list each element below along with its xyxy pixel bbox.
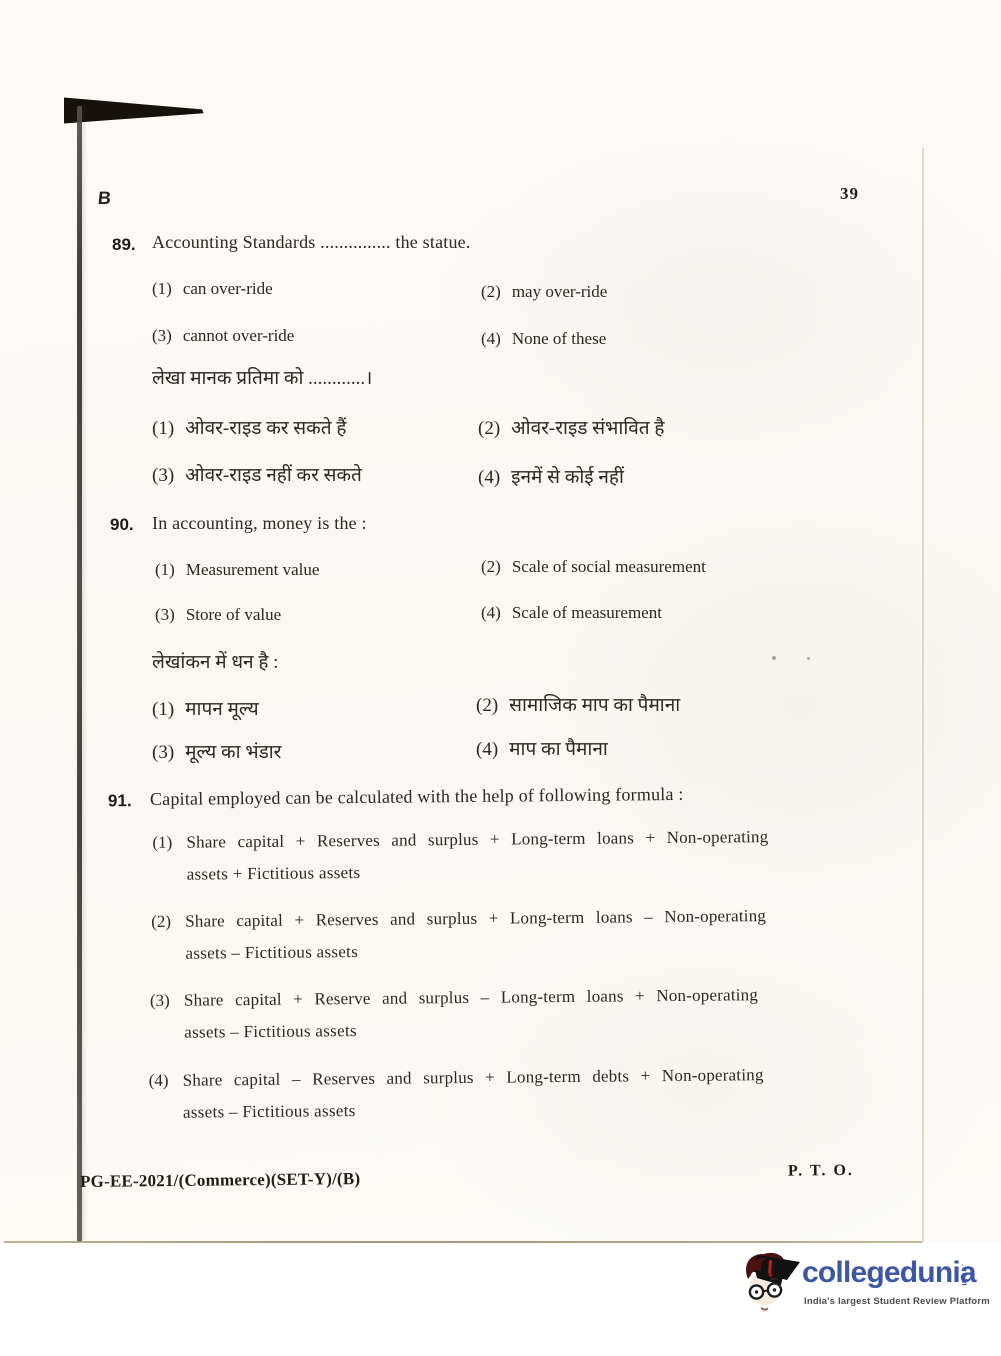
page-footer: PG-EE-2021/(Commerce)(SET-Y)/(B) P. T. O… [0, 0, 1001, 1356]
collegedunia-mascot-icon [738, 1249, 802, 1317]
brand-domain: .com [960, 1264, 969, 1287]
scanned-exam-page: B 39 89. Accounting Standards ..........… [0, 0, 1001, 1356]
pto-label: P. T. O. [788, 1162, 854, 1181]
collegedunia-logo: collegedunia .com India's largest Studen… [738, 1246, 994, 1328]
brand-name: collegedunia [802, 1256, 976, 1290]
paper-code: PG-EE-2021/(Commerce)(SET-Y)/(B) [80, 1169, 360, 1192]
brand-tagline: India's largest Student Review Platform [804, 1296, 990, 1307]
